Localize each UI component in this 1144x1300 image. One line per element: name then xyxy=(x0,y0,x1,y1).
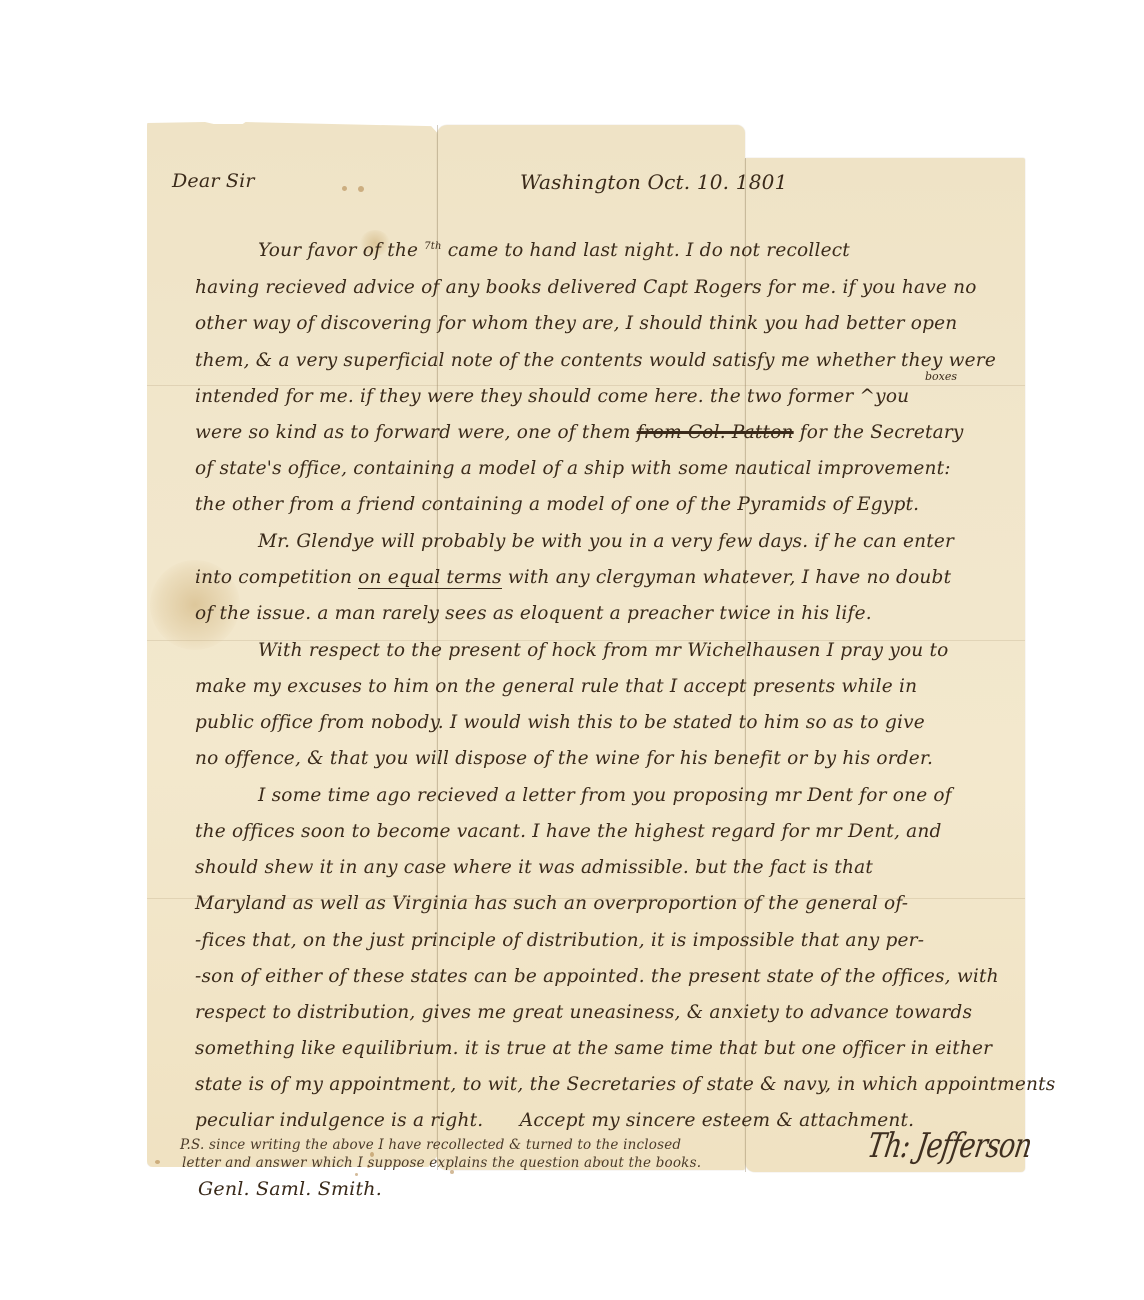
body-line: Your favor of the 7th came to hand last … xyxy=(258,240,850,261)
body-line: I some time ago recieved a letter from y… xyxy=(258,785,952,806)
body-line: them, & a very superficial note of the c… xyxy=(195,350,996,371)
salutation: Dear Sir xyxy=(172,170,255,192)
body-line: of state's office, containing a model of… xyxy=(195,458,951,479)
body-line: of the issue. a man rarely sees as eloqu… xyxy=(195,603,872,624)
body-line: intended for me. if they were they shoul… xyxy=(195,386,909,407)
postscript-line: letter and answer which I suppose explai… xyxy=(182,1155,701,1171)
body-line: other way of discovering for whom they a… xyxy=(195,313,957,334)
body-line: the offices soon to become vacant. I hav… xyxy=(195,821,942,842)
letter: Dear Sir Washington Oct. 10. 1801 Your f… xyxy=(0,0,1144,1300)
body-line: Maryland as well as Virginia has such an… xyxy=(195,893,908,914)
body-line: -son of either of these states can be ap… xyxy=(195,966,999,987)
foxing-spot xyxy=(342,186,347,191)
signature: Th: Jefferson xyxy=(865,1126,1035,1166)
body-line: should shew it in any case where it was … xyxy=(195,857,873,878)
foxing-spot xyxy=(155,1160,160,1164)
postscript-line: P.S. since writing the above I have reco… xyxy=(180,1137,681,1153)
addressee: Genl. Saml. Smith. xyxy=(198,1178,382,1200)
body-line: no offence, & that you will dispose of t… xyxy=(195,748,933,769)
body-line: respect to distribution, gives me great … xyxy=(195,1002,972,1023)
body-line: With respect to the present of hock from… xyxy=(258,640,948,661)
body-line: make my excuses to him on the general ru… xyxy=(195,676,917,697)
struck-text: from Col. Patton xyxy=(637,422,794,443)
body-line: into competition on equal terms with any… xyxy=(195,567,951,588)
body-line: -fices that, on the just principle of di… xyxy=(195,930,924,951)
body-line: something like equilibrium. it is true a… xyxy=(195,1038,992,1059)
body-line: public office from nobody. I would wish … xyxy=(195,712,925,733)
body-line: Mr. Glendye will probably be with you in… xyxy=(258,531,954,552)
body-line: having recieved advice of any books deli… xyxy=(195,277,977,298)
body-line: the other from a friend containing a mod… xyxy=(195,494,919,515)
interlinear-insertion: boxes xyxy=(925,370,957,383)
foxing-spot xyxy=(358,186,364,192)
body-line: state is of my appointment, to wit, the … xyxy=(195,1074,1055,1095)
body-line: were so kind as to forward were, one of … xyxy=(195,422,964,443)
foxing-spot xyxy=(355,1173,358,1176)
underlined-text: on equal terms xyxy=(358,567,502,589)
dateline: Washington Oct. 10. 1801 xyxy=(520,170,788,194)
closing-line: peculiar indulgence is a right. Accept m… xyxy=(195,1110,914,1131)
